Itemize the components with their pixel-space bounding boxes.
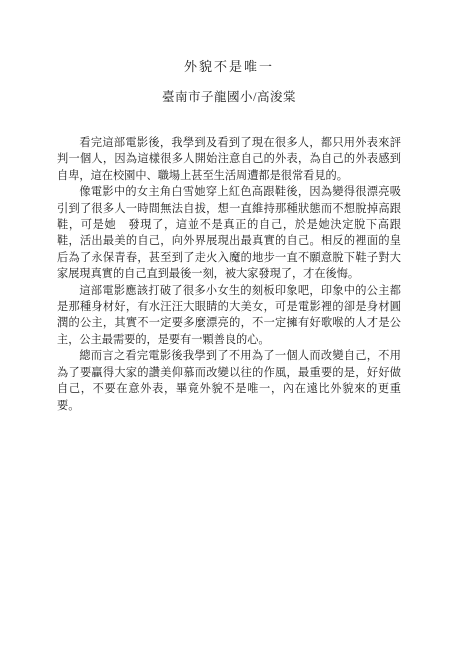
essay-title: 外貌不是唯一 [0, 59, 458, 75]
essay-paragraph: 像電影中的女主角白雪她穿上紅色高跟鞋後，因為變得很漂亮吸引到了很多人一時間無法自… [57, 184, 401, 282]
essay-paragraph: 這部電影應該打破了很多小女生的刻板印象吧，印象中的公主都是那種身材好，有水汪汪大… [57, 283, 401, 349]
document-page: 外貌不是唯一 臺南市子龍國小/高浚棠 看完這部電影後，我學到及看到了現在很多人，… [0, 0, 458, 648]
essay-byline: 臺南市子龍國小/高浚棠 [0, 89, 458, 105]
essay-paragraph: 看完這部電影後，我學到及看到了現在很多人，都只用外表來評判一個人，因為這樣很多人… [57, 135, 401, 184]
essay-body: 看完這部電影後，我學到及看到了現在很多人，都只用外表來評判一個人，因為這樣很多人… [57, 135, 401, 414]
essay-paragraph: 總而言之看完電影後我學到了不用為了一個人而改變自己，不用為了要贏得大家的讚美仰慕… [57, 348, 401, 414]
